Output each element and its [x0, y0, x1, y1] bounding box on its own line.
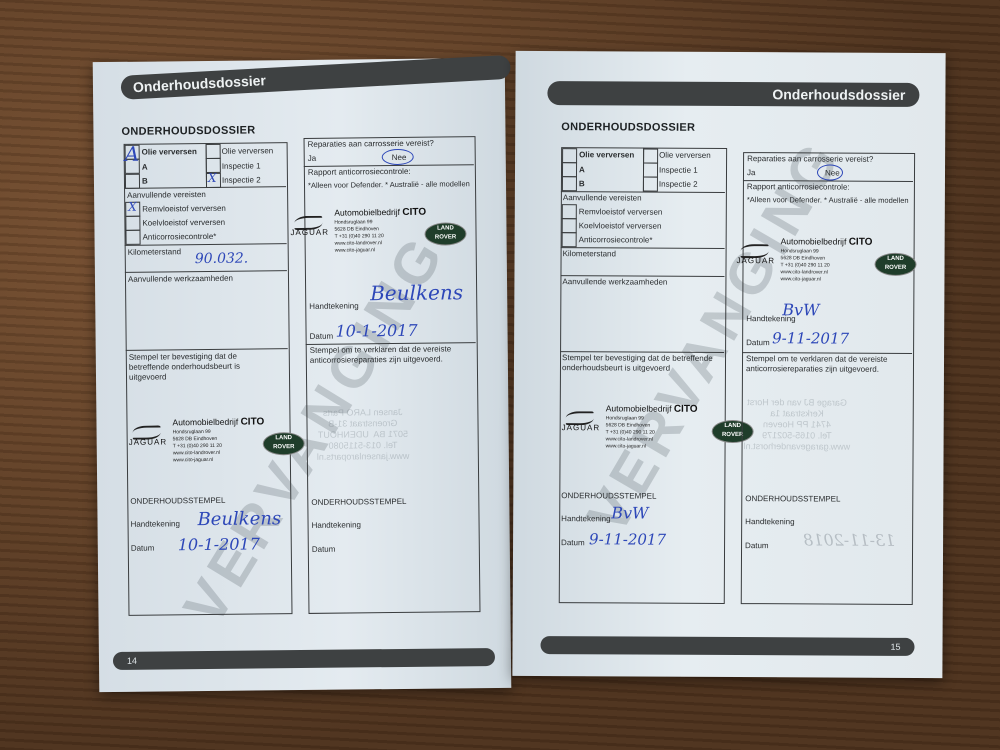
label-aanvullende-vereisten: Aanvullende vereisten [127, 190, 206, 200]
stamp-confirm-service: Stempel ter bevestiging dat de betreffen… [562, 353, 717, 374]
page-footer: 15 [540, 636, 914, 656]
dealer-web-2: www.cito-jaguar.nl [173, 457, 213, 463]
bleed-through-date: 13-11-2018 [803, 530, 895, 549]
dealer-name-bold: CITO [240, 416, 264, 427]
dealer-name: Automobielbedrijf [172, 417, 238, 428]
label-datum-left: Datum [561, 538, 585, 547]
label-inspectie-2: Inspectie 2 [659, 180, 698, 189]
form-title: ONDERHOUDSDOSSIER [561, 121, 695, 134]
label-kilometerstand: Kilometerstand [563, 249, 616, 258]
jaguar-logo: JAGUAR [737, 256, 775, 265]
label-inspectie-1: Inspectie 1 [222, 161, 261, 170]
checkbox-b[interactable] [562, 176, 577, 191]
land-rover-logo: LANDROVER [874, 253, 916, 276]
booklet-page-right: Onderhoudsdossier VERVANGING Garage BJ v… [512, 51, 945, 678]
label-body-repairs: Reparaties aan carrosserie vereist? [308, 139, 434, 149]
option-ja[interactable]: Ja [747, 168, 756, 177]
label-anticorrosion-report: Rapport anticorrosiecontrole: [747, 182, 850, 192]
mark-inspectie-2: X [208, 171, 217, 185]
signature-top: BvW [782, 300, 819, 319]
stamp-confirm-anticorrosion: Stempel om te verklaren dat de vereiste … [746, 354, 906, 375]
page-number: 15 [890, 642, 900, 652]
section-title: Onderhoudsdossier [133, 72, 267, 95]
checkbox-remvloeistof[interactable] [562, 204, 577, 219]
date-top: 9-11-2017 [772, 329, 849, 347]
label-handtekening-right: Handtekening [312, 520, 361, 530]
label-datum-top: Datum [746, 338, 770, 347]
dealer-stamp-top: JAGUAR Automobielbedrijf CITO Hondsrugla… [290, 206, 451, 270]
jaguar-logo: JAGUAR [290, 228, 329, 237]
checkbox-anticorrosie[interactable] [125, 230, 140, 245]
dealer-address: Hondsruglaan 99 [173, 429, 211, 435]
form-title: ONDERHOUDSDOSSIER [121, 124, 255, 137]
label-aanvullende-vereisten: Aanvullende vereisten [563, 193, 642, 202]
label-olie-verversen-2: Olie verversen [222, 146, 274, 156]
checkbox-olie[interactable] [562, 148, 577, 163]
checkbox-b[interactable] [125, 174, 140, 189]
dealer-stamp: JAGUAR Automobielbedrijf CITO Hondsrugla… [561, 403, 721, 466]
label-anticorrosiecontrole: Anticorrosiecontrole* [579, 235, 653, 244]
label-handtekening-right: Handtekening [745, 517, 794, 526]
checkbox-olie-2[interactable] [643, 149, 658, 164]
mark-remvloeistof: X [128, 200, 137, 214]
label-option-a: A [142, 163, 148, 172]
label-datum-left: Datum [131, 544, 155, 553]
label-kilometerstand: Kilometerstand [128, 247, 181, 257]
checkbox-olie-2[interactable] [206, 144, 221, 159]
dealer-city: 5628 DB Eindhoven [173, 436, 218, 442]
dealer-stamp-top: JAGUAR Automobielbedrijf CITO Hondsrugla… [736, 236, 896, 299]
section-title: Onderhoudsdossier [772, 86, 905, 103]
checkbox-koelvloeistof[interactable] [562, 218, 577, 233]
booklet-page-left: Onderhoudsdossier VERVANGING Jansen LARO… [93, 58, 512, 692]
label-datum-right: Datum [312, 545, 336, 554]
signature-top: Beulkens [370, 280, 463, 305]
label-handtekening-left: Handtekening [131, 519, 180, 529]
page-number: 14 [127, 656, 137, 666]
date-left: 9-11-2017 [589, 530, 666, 548]
checkbox-koelvloeistof[interactable] [125, 216, 140, 231]
label-handtekening-left: Handtekening [561, 514, 610, 523]
label-option-b: B [142, 177, 148, 186]
label-onderhoudsstempel-left: ONDERHOUDSSTEMPEL [561, 491, 656, 500]
jaguar-logo: JAGUAR [129, 437, 168, 446]
label-onderhoudsstempel-right: ONDERHOUDSSTEMPEL [311, 497, 406, 507]
option-ja[interactable]: Ja [308, 154, 317, 163]
date-left: 10-1-2017 [178, 534, 260, 554]
label-remvloeistof: Remvloeistof verversen [579, 207, 663, 216]
label-handtekening-top: Handtekening [309, 301, 358, 311]
dealer-phone: T +31 (0)40 290 11 20 [173, 443, 222, 450]
anticorrosion-note: *Alleen voor Defender. * Australië - all… [747, 195, 909, 205]
label-inspectie-2: Inspectie 2 [222, 175, 261, 184]
label-datum-top: Datum [310, 332, 334, 341]
checkbox-inspectie-2[interactable] [643, 177, 658, 192]
anticorrosion-note: *Alleen voor Defender. * Australië - all… [308, 179, 470, 190]
label-koelvloeistof: Koelvloeistof verversen [579, 221, 662, 230]
label-inspectie-1: Inspectie 1 [659, 166, 698, 175]
label-aanvullende-werkzaamheden: Aanvullende werkzaamheden [562, 277, 667, 287]
section-header: Onderhoudsdossier [547, 81, 919, 107]
label-anticorrosiecontrole: Anticorrosiecontrole* [143, 232, 217, 242]
label-onderhoudsstempel-right: ONDERHOUDSSTEMPEL [745, 494, 840, 503]
label-olie-verversen-2: Olie verversen [659, 151, 711, 160]
signature-left: BvW [611, 503, 648, 522]
label-option-b: B [579, 179, 585, 188]
section-header: Onderhoudsdossier [120, 55, 511, 100]
dealer-stamp: JAGUAR Automobielbedrijf CITO Hondsrugla… [128, 416, 289, 480]
label-olie-verversen: Olie verversen [142, 147, 197, 157]
page-footer: 14 [113, 648, 495, 670]
stamp-confirm-anticorrosion: Stempel om te verklaren dat de vereiste … [310, 344, 470, 366]
mark-service-main: A [125, 142, 140, 166]
label-body-repairs: Reparaties aan carrosserie vereist? [747, 154, 873, 164]
checkbox-anticorrosie[interactable] [562, 232, 577, 247]
checkbox-a[interactable] [562, 162, 577, 177]
selected-nee-circle [817, 164, 843, 180]
jaguar-logo: JAGUAR [562, 423, 600, 432]
date-top: 10-1-2017 [335, 321, 417, 341]
label-option-a: A [579, 165, 585, 174]
dealer-web-1: www.cito-landrover.nl [173, 450, 220, 456]
label-onderhoudsstempel-left: ONDERHOUDSSTEMPEL [130, 496, 225, 506]
mileage-value: 90.032. [195, 251, 249, 268]
label-olie-verversen: Olie verversen [579, 150, 634, 159]
label-aanvullende-werkzaamheden: Aanvullende werkzaamheden [128, 274, 233, 284]
label-datum-right: Datum [745, 541, 769, 550]
label-remvloeistof: Remvloeistof verversen [142, 204, 226, 214]
stamp-confirm-service: Stempel ter bevestiging dat de betreffen… [129, 351, 279, 383]
label-anticorrosion-report: Rapport anticorrosiecontrole: [308, 167, 411, 177]
label-koelvloeistof: Koelvloeistof verversen [142, 218, 225, 228]
signature-left: Beulkens [197, 508, 281, 530]
checkbox-inspectie-1[interactable] [643, 163, 658, 178]
